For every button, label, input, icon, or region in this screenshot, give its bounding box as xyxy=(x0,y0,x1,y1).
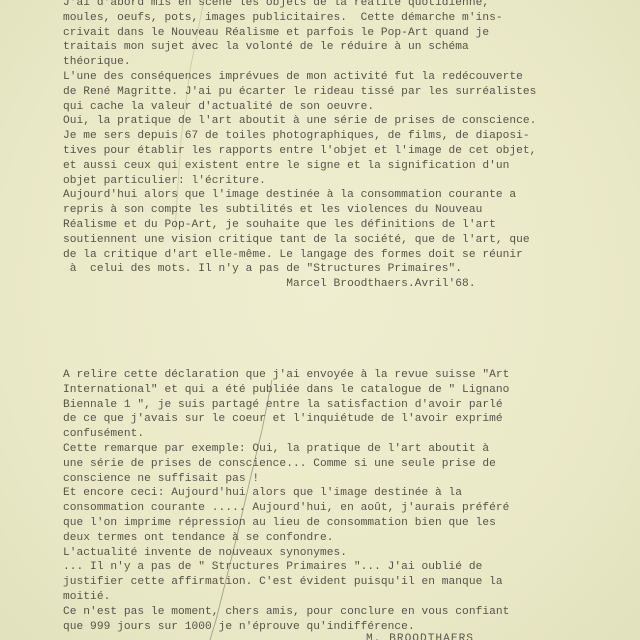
afterword-line: une série de prises de conscience... Com… xyxy=(63,457,623,472)
afterword-line: A relire cette déclaration que j'ai envo… xyxy=(63,368,623,383)
typewritten-page: J'ai d'abord mis en scène les objets de … xyxy=(0,0,640,640)
statement-line: traitais mon sujet avec la volonté de le… xyxy=(63,40,623,55)
statement-line: qui cache la valeur d'actualité de son o… xyxy=(63,100,623,115)
afterword-line: conscience ne suffisait pas ! xyxy=(63,472,623,487)
statement-line: à celui des mots. Il n'y a pas de "Struc… xyxy=(63,262,623,277)
statement-line: crivait dans le Nouveau Réalisme et parf… xyxy=(63,26,623,41)
afterword-text: A relire cette déclaration que j'ai envo… xyxy=(63,368,623,634)
statement-line: soutiennent une vision critique tant de … xyxy=(63,233,623,248)
statement-line: Aujourd'hui alors que l'image destinée à… xyxy=(63,188,623,203)
afterword-line: justifier cette affirmation. C'est évide… xyxy=(63,575,623,590)
statement-line: tives pour établir les rapports entre l'… xyxy=(63,144,623,159)
statement-line: objet particulier: l'écriture. xyxy=(63,174,623,189)
statement-line: théorique. xyxy=(63,55,623,70)
afterword-line: de ce que j'avais sur le coeur et l'inqu… xyxy=(63,412,623,427)
statement-line: repris à son compte les subtilités et le… xyxy=(63,203,623,218)
afterword-line: que 999 jours sur 1000 je n'éprouve qu'i… xyxy=(63,620,623,635)
afterword-line: moitié. xyxy=(63,590,623,605)
afterword-line: confusément. xyxy=(63,427,623,442)
afterword-signature: M. BROODTHAERS xyxy=(366,633,474,640)
statement-line: L'une des conséquences imprévues de mon … xyxy=(63,70,623,85)
statement-line: Oui, la pratique de l'art aboutit à une … xyxy=(63,114,623,129)
afterword-line: Et encore ceci: Aujourd'hui alors que l'… xyxy=(63,486,623,501)
statement-line: de René Magritte. J'ai pu écarter le rid… xyxy=(63,85,623,100)
afterword-line: deux termes ont tendance à se confondre. xyxy=(63,531,623,546)
statement-line: J'ai d'abord mis en scène les objets de … xyxy=(63,0,623,11)
statement-line: Je me sers depuis 67 de toiles photograp… xyxy=(63,129,623,144)
statement-line: de la critique d'art elle-même. Le langa… xyxy=(63,248,623,263)
afterword-line: L'actualité invente de nouveaux synonyme… xyxy=(63,546,623,561)
afterword-line: ... Il n'y a pas de " Structures Primair… xyxy=(63,560,623,575)
afterword-line: Cette remarque par exemple: Oui, la prat… xyxy=(63,442,623,457)
statement-signature: Marcel Broodthaers.Avril'68. xyxy=(63,277,623,292)
statement-line: et aussi ceux qui existent entre le sign… xyxy=(63,159,623,174)
statement-text: J'ai d'abord mis en scène les objets de … xyxy=(63,0,623,292)
afterword-line: consommation courante ..... Aujourd'hui,… xyxy=(63,501,623,516)
statement-line: moules, oeufs, pots, images publicitaire… xyxy=(63,11,623,26)
afterword-line: International" et qui a été publiée dans… xyxy=(63,383,623,398)
afterword-line: Ce n'est pas le moment, chers amis, pour… xyxy=(63,605,623,620)
afterword-line: Biennale 1 ", je suis partagé entre la s… xyxy=(63,398,623,413)
afterword-line: que l'on imprime répression au lieu de c… xyxy=(63,516,623,531)
statement-line: Réalisme et du Pop-Art, je souhaite que … xyxy=(63,218,623,233)
